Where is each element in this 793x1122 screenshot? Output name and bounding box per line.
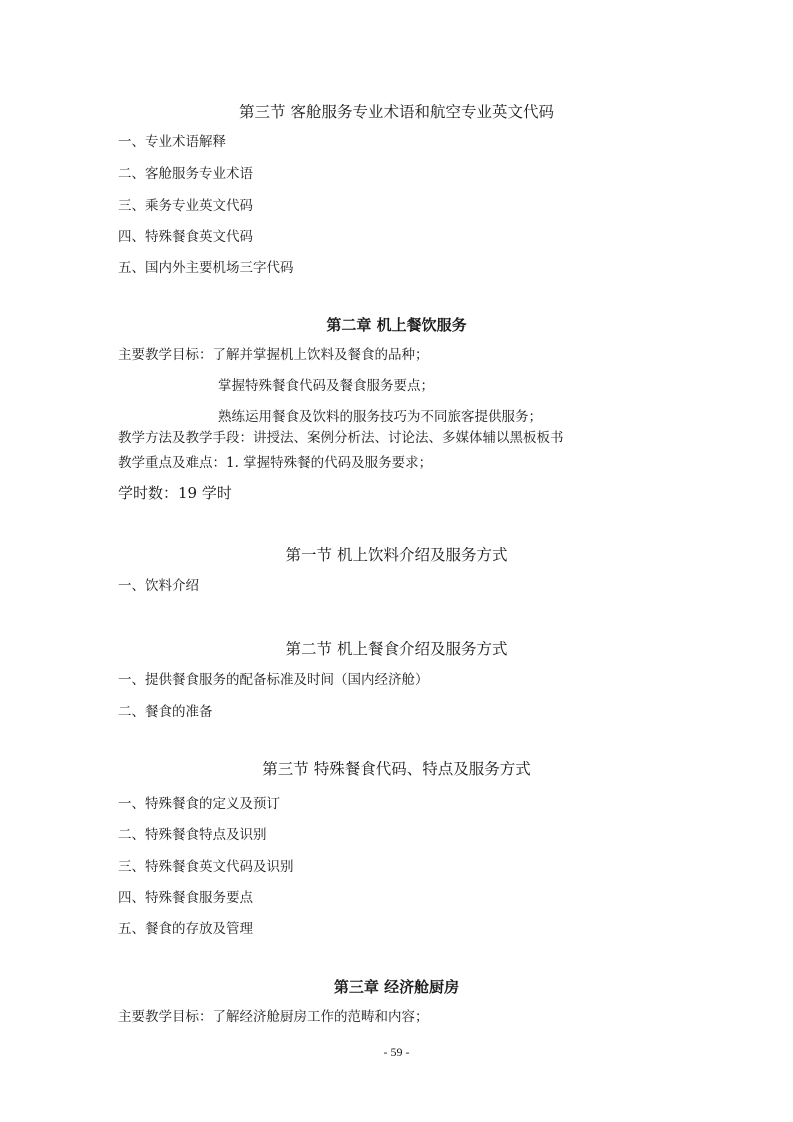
list-item: 五、餐食的存放及管理 [118,920,253,938]
section-heading: 第三节 特殊餐食代码、特点及服务方式 [0,759,793,779]
list-item: 三、乘务专业英文代码 [118,197,253,215]
teaching-goal-item: 熟练运用餐食及饮料的服务技巧为不同旅客提供服务； [218,408,542,426]
list-item: 四、特殊餐食英文代码 [118,228,253,246]
list-item: 一、专业术语解释 [118,133,226,151]
list-item: 二、客舱服务专业术语 [118,165,253,183]
teaching-goals: 主要教学目标：了解并掌握机上饮料及餐食的品种； [118,346,429,364]
section-heading: 第三节 客舱服务专业术语和航空专业英文代码 [0,102,793,122]
list-item: 五、国内外主要机场三字代码 [118,259,294,277]
section-heading: 第一节 机上饮料介绍及服务方式 [0,545,793,565]
list-item: 四、特殊餐食服务要点 [118,889,253,907]
class-hours: 学时数：19 学时 [118,483,232,503]
key-points: 教学重点及难点：1. 掌握特殊餐的代码及服务要求； [118,454,432,472]
list-item: 一、饮料介绍 [118,577,199,595]
list-item: 一、提供餐食服务的配备标准及时间（国内经济舱） [118,671,429,689]
teaching-goals: 主要教学目标：了解经济舱厨房工作的范畴和内容； [118,1008,429,1026]
section-heading: 第二节 机上餐食介绍及服务方式 [0,639,793,659]
page-number: - 59 - [0,1045,793,1060]
list-item: 二、特殊餐食特点及识别 [118,826,267,844]
list-item: 一、特殊餐食的定义及预订 [118,795,280,813]
teaching-goal-item: 掌握特殊餐食代码及餐食服务要点； [218,377,434,395]
list-item: 二、餐食的准备 [118,703,213,721]
chapter-title: 第二章 机上餐饮服务 [0,315,793,335]
list-item: 三、特殊餐食英文代码及识别 [118,858,294,876]
chapter-title: 第三章 经济舱厨房 [0,977,793,997]
teaching-methods: 教学方法及教学手段：讲授法、案例分析法、讨论法、多媒体辅以黑板板书 [118,429,564,447]
